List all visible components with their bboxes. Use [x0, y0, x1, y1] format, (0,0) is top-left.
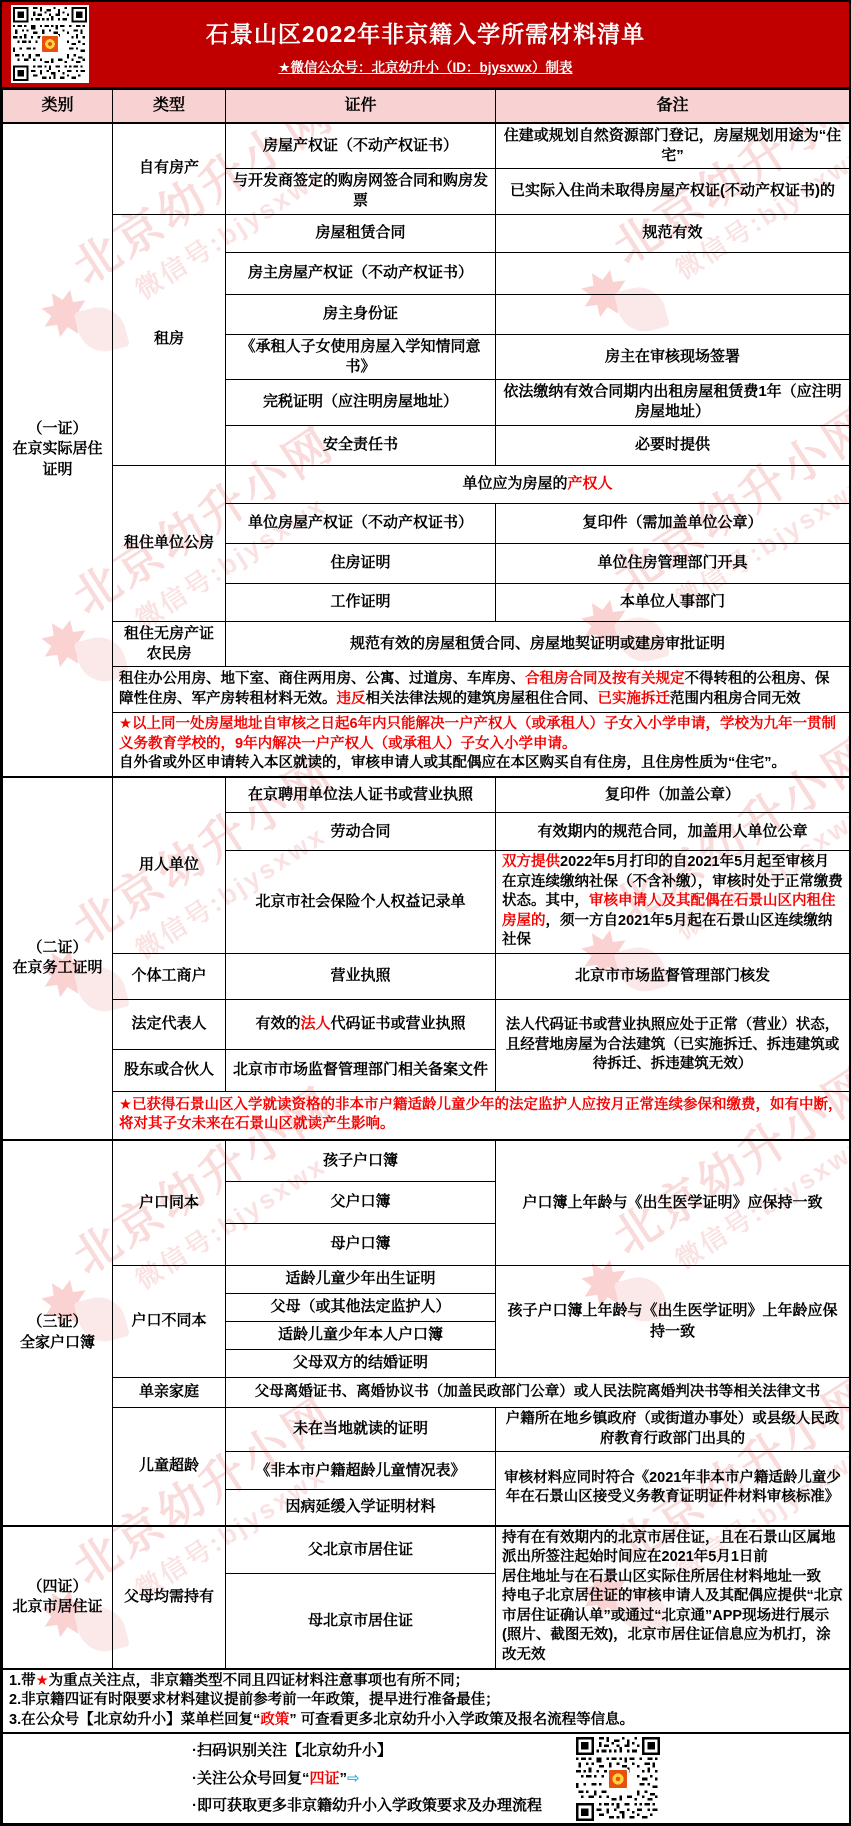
cert-cell: 安全责任书 — [226, 425, 496, 465]
cert-cell: 母户口簿 — [226, 1224, 496, 1266]
merged-note-cell: 单位应为房屋的产权人 — [226, 465, 850, 503]
type-cell: 租住单位公房 — [113, 465, 226, 621]
type-cell: 父母均需持有 — [113, 1526, 226, 1669]
note-cell: 必要时提供 — [496, 425, 850, 465]
cert-cell: 父北京市居住证 — [226, 1526, 496, 1574]
table-row: 户口不同本 适龄儿童少年出生证明 孩子户口簿上年龄与《出生医学证明》上年龄应保持… — [3, 1266, 850, 1294]
table-row: （四证） 北京市居住证 父母均需持有 父北京市居住证 持有在有效期内的北京市居住… — [3, 1526, 850, 1574]
cert-cell: 因病延缓入学证明材料 — [226, 1490, 496, 1526]
table-row: ★已获得石景山区入学就读资格的非本市户籍适龄儿童少年的法定监护人应按月正常连续参… — [3, 1092, 850, 1140]
note-cell: 孩子户口簿上年龄与《出生医学证明》上年龄应保持一致 — [496, 1266, 850, 1378]
qr-line-1: ·扫码识别关注【北京幼升小】 — [192, 1737, 542, 1765]
star-note-2: ★已获得石景山区入学就读资格的非本市户籍适龄儿童少年的法定监护人应按月正常连续参… — [113, 1092, 850, 1140]
cert-cell: 北京市市场监督管理部门相关备案文件 — [226, 1050, 496, 1092]
table-row: 个体工商户 营业执照 北京市市场监督管理部门核发 — [3, 954, 850, 1000]
page: ✸北京幼升小网微信号:bjysxwx ✸北京幼升小网微信号:bjysxwx ✸北… — [0, 0, 851, 1826]
column-header-remark: 备注 — [496, 90, 850, 123]
page-subtitle: ★微信公众号：北京幼升小（ID：bjysxwx）制表 — [2, 56, 849, 76]
note-cell: 依法缴纳有效合同期内出租房屋租赁费1年（应注明房屋地址） — [496, 380, 850, 426]
cert-cell: 适龄儿童少年本人户口簿 — [226, 1322, 496, 1350]
cert-cell: 房主身份证 — [226, 294, 496, 334]
merged-cert-cell: 父母离婚证书、离婚协议书（加盖民政部门公章）或人民法院离婚判决书等相关法律文书 — [226, 1378, 850, 1408]
materials-table: 类别 类型 证件 备注 （一证） 在京实际居住证明 自有房产 房屋产权证（不动产… — [2, 89, 850, 1824]
note-cell: 双方提供2022年5月打印的自2021年5月起至审核月在京连续缴纳社保（不含补缴… — [496, 851, 850, 954]
note-cell: 户口簿上年龄与《出生医学证明》应保持一致 — [496, 1140, 850, 1266]
cert-cell: 有效的法人代码证书或营业执照 — [226, 1000, 496, 1050]
type-cell: 户口不同本 — [113, 1266, 226, 1378]
type-cell: 自有房产 — [113, 123, 226, 215]
type-cell: 租房 — [113, 214, 226, 465]
star-note-1: ★以上同一处房屋地址自审核之日起6年内只能解决一户产权人（或承租人）子女入小学申… — [113, 713, 850, 777]
table-row: 儿童超龄 未在当地就读的证明 户籍所在地乡镇政府（或街道办事处）或县级人民政府教… — [3, 1408, 850, 1452]
cert-cell: 房屋租赁合同 — [226, 214, 496, 252]
footer-note-1: 1.带★为重点关注点，非京籍类型不同且四证材料注意事项也有所不同； — [9, 1672, 843, 1692]
table-row: 租房 房屋租赁合同 规范有效 — [3, 214, 850, 252]
note-cell: 复印件（需加盖单位公章） — [496, 503, 850, 543]
note-cell — [496, 294, 850, 334]
section1-category: （一证） 在京实际居住证明 — [3, 123, 113, 777]
cert-cell: 房主房屋产权证（不动产权证书） — [226, 252, 496, 294]
type-cell: 股东或合伙人 — [113, 1050, 226, 1092]
note-cell: 规范有效 — [496, 214, 850, 252]
qr-instructions: ·扫码识别关注【北京幼升小】 ·关注公众号回复“四证”⇨ ·即可获取更多非京籍幼… — [192, 1737, 542, 1820]
cert-cell: 与开发商签定的购房网签合同和购房发票 — [226, 169, 496, 215]
column-header-certificate: 证件 — [226, 90, 496, 123]
cert-cell: 《承租人子女使用房屋入学知情同意书》 — [226, 334, 496, 380]
cert-cell: 工作证明 — [226, 583, 496, 621]
cert-cell: 适龄儿童少年出生证明 — [226, 1266, 496, 1294]
cert-cell: 孩子户口簿 — [226, 1140, 496, 1182]
note-cell: 房主在审核现场签署 — [496, 334, 850, 380]
cert-cell: 母北京市居住证 — [226, 1573, 496, 1668]
note-cell — [496, 252, 850, 294]
cert-cell: 劳动合同 — [226, 813, 496, 851]
invalid-materials-note: 租住办公用房、地下室、商住两用房、公寓、过道房、车库房、合租房合同及按有关规定不… — [113, 667, 850, 713]
note-cell: 持有在有效期内的北京市居住证，且在石景山区属地派出所签注起始时间应在2021年5… — [496, 1526, 850, 1669]
cert-cell: 住房证明 — [226, 543, 496, 583]
cert-cell: 完税证明（应注明房屋地址） — [226, 380, 496, 426]
table-row: 租住办公用房、地下室、商住两用房、公寓、过道房、车库房、合租房合同及按有关规定不… — [3, 667, 850, 713]
type-cell: 户口同本 — [113, 1140, 226, 1266]
note-cell: 审核材料应同时符合《2021年非本市户籍适龄儿童少年在石景山区接受义务教育证明证… — [496, 1452, 850, 1526]
note-cell: 户籍所在地乡镇政府（或街道办事处）或县级人民政府教育行政部门出具的 — [496, 1408, 850, 1452]
cert-cell: 父母双方的结婚证明 — [226, 1350, 496, 1378]
type-cell: 单亲家庭 — [113, 1378, 226, 1408]
footer-note-2: 2.非京籍四证有时限要求材料建议提前参考前一年政策，提早进行准备最佳； — [9, 1691, 843, 1711]
note-cell: 住建或规划自然资源部门登记，房屋规划用途为“住宅” — [496, 123, 850, 169]
type-cell: 用人单位 — [113, 777, 226, 954]
table-row: （一证） 在京实际居住证明 自有房产 房屋产权证（不动产权证书） 住建或规划自然… — [3, 123, 850, 169]
note-cell: 复印件（加盖公章） — [496, 777, 850, 813]
cert-cell: 在京聘用单位法人证书或营业执照 — [226, 777, 496, 813]
qr-code-header — [11, 5, 89, 83]
type-cell: 租住无房产证农民房 — [113, 621, 226, 667]
qr-line-2: ·关注公众号回复“四证”⇨ — [192, 1765, 542, 1793]
cert-cell: 房屋产权证（不动产权证书） — [226, 123, 496, 169]
table-row: 租住单位公房 单位应为房屋的产权人 — [3, 465, 850, 503]
type-cell: 法定代表人 — [113, 1000, 226, 1050]
cert-cell: 《非本市户籍超龄儿童情况表》 — [226, 1452, 496, 1490]
section4-category: （四证） 北京市居住证 — [3, 1526, 113, 1669]
table-row: 租住无房产证农民房 规范有效的房屋租赁合同、房屋地契证明或建房审批证明 — [3, 621, 850, 667]
note-cell: 已实际入住尚未取得房屋产权证(不动产权证书)的 — [496, 169, 850, 215]
qr-code-footer — [576, 1737, 660, 1821]
section2-category: （二证） 在京务工证明 — [3, 777, 113, 1140]
note-cell: 法人代码证书或营业执照应处于正常（营业）状态，且经营地房屋为合法建筑（已实施拆迁… — [496, 1000, 850, 1092]
cert-cell: 营业执照 — [226, 954, 496, 1000]
arrow-icon: ⇨ — [347, 1770, 360, 1787]
footer-note-3: 3.在公众号【北京幼升小】菜单栏回复“政策” 可查看更多北京幼升小入学政策及报名… — [9, 1711, 843, 1731]
qr-footer: ·扫码识别关注【北京幼升小】 ·关注公众号回复“四证”⇨ ·即可获取更多非京籍幼… — [3, 1733, 850, 1823]
table-row: ★以上同一处房屋地址自审核之日起6年内只能解决一户产权人（或承租人）子女入小学申… — [3, 713, 850, 777]
footer-notes-row: 1.带★为重点关注点，非京籍类型不同且四证材料注意事项也有所不同； 2.非京籍四… — [3, 1669, 850, 1734]
section3-category: （三证） 全家户口簿 — [3, 1140, 113, 1526]
cert-cell: 单位房屋产权证（不动产权证书） — [226, 503, 496, 543]
table-row: 单亲家庭 父母离婚证书、离婚协议书（加盖民政部门公章）或人民法院离婚判决书等相关… — [3, 1378, 850, 1408]
merged-cert-cell: 规范有效的房屋租赁合同、房屋地契证明或建房审批证明 — [226, 621, 850, 667]
type-cell: 个体工商户 — [113, 954, 226, 1000]
cert-cell: 北京市社会保险个人权益记录单 — [226, 851, 496, 954]
footer-notes: 1.带★为重点关注点，非京籍类型不同且四证材料注意事项也有所不同； 2.非京籍四… — [3, 1669, 850, 1734]
column-header-type: 类型 — [113, 90, 226, 123]
note-cell: 有效期内的规范合同，加盖用人单位公章 — [496, 813, 850, 851]
note-cell: 北京市市场监督管理部门核发 — [496, 954, 850, 1000]
type-cell: 儿童超龄 — [113, 1408, 226, 1526]
note-cell: 单位住房管理部门开具 — [496, 543, 850, 583]
cert-cell: 父户口簿 — [226, 1182, 496, 1224]
table-row: （三证） 全家户口簿 户口同本 孩子户口簿 户口簿上年龄与《出生医学证明》应保持… — [3, 1140, 850, 1182]
qr-footer-row: ·扫码识别关注【北京幼升小】 ·关注公众号回复“四证”⇨ ·即可获取更多非京籍幼… — [3, 1733, 850, 1823]
cert-cell: 未在当地就读的证明 — [226, 1408, 496, 1452]
cert-cell: 父母（或其他法定监护人） — [226, 1294, 496, 1322]
table-row: （二证） 在京务工证明 用人单位 在京聘用单位法人证书或营业执照 复印件（加盖公… — [3, 777, 850, 813]
header: 石景山区2022年非京籍入学所需材料清单 ★微信公众号：北京幼升小（ID：bjy… — [2, 2, 849, 89]
column-header-row: 类别 类型 证件 备注 — [3, 90, 850, 123]
qr-line-3: ·即可获取更多非京籍幼升小入学政策要求及办理流程 — [192, 1792, 542, 1820]
note-cell: 本单位人事部门 — [496, 583, 850, 621]
column-header-category: 类别 — [3, 90, 113, 123]
page-title: 石景山区2022年非京籍入学所需材料清单 — [2, 16, 849, 49]
